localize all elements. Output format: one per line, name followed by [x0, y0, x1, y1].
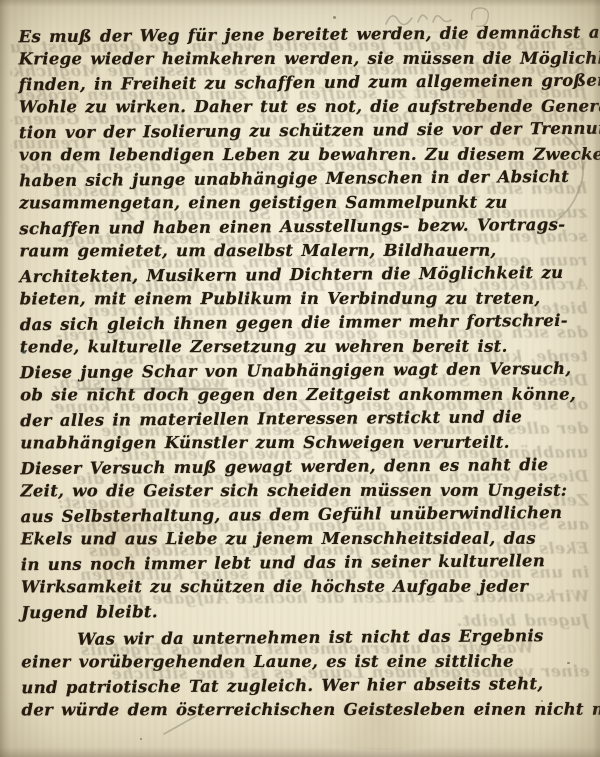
- manuscript-line: Diese junge Schar von Unabhängigen wagt …: [20, 357, 586, 385]
- manuscript-line: einer vorübergehenden Laune, es ist eine…: [21, 650, 587, 675]
- manuscript-line: der alles in materiellen Interessen erst…: [20, 405, 586, 433]
- manuscript-line: von dem lebendigen Leben zu bewahren. Zu…: [19, 143, 585, 168]
- manuscript-line: Was wir da unternehmen ist nicht das Erg…: [21, 624, 587, 652]
- manuscript-line: tion vor der Isolierung zu schützen und …: [19, 117, 585, 145]
- manuscript-line: Es muß der Weg für jene bereitet werden,…: [18, 21, 584, 49]
- manuscript-line: aus Selbsterhaltung, aus dem Gefühl unüb…: [21, 501, 587, 529]
- manuscript-line: raum gemietet, um daselbst Malern, Bildh…: [19, 239, 585, 264]
- manuscript-line: Ekels und aus Liebe zu jenem Menschheits…: [21, 527, 587, 552]
- manuscript-line: Dieser Versuch muß gewagt werden, denn e…: [20, 453, 586, 481]
- manuscript-line: ob sie nicht doch gegen den Zeitgeist an…: [20, 383, 586, 408]
- manuscript-line: finden, in Freiheit zu schaffen und zum …: [19, 69, 585, 97]
- paper-speck: [333, 16, 336, 19]
- paper-speck: [22, 350, 26, 354]
- paragraph-1: Es muß der Weg für jene bereitet werden,…: [18, 22, 587, 624]
- manuscript-text: Es muß der Weg für jene bereitet werden,…: [18, 22, 587, 723]
- manuscript-page: Es muß der Weg für jene bereitet werden,…: [0, 0, 600, 757]
- manuscript-line: tende, kulturelle Zersetzung zu wehren b…: [20, 335, 586, 360]
- paper-speck: [541, 700, 543, 702]
- paper-speck: [140, 738, 142, 740]
- manuscript-line: Zeit, wo die Geister sich scheiden müsse…: [21, 479, 587, 504]
- manuscript-line: schaffen und haben einen Ausstellungs- b…: [19, 213, 585, 241]
- manuscript-line: Wohle zu wirken. Daher tut es not, die a…: [19, 95, 585, 120]
- manuscript-line: das sich gleich ihnen gegen die immer me…: [20, 309, 586, 337]
- manuscript-line: Kriege wieder heimkehren werden, sie müs…: [19, 47, 585, 72]
- paper-speck: [567, 662, 570, 664]
- manuscript-line: und patriotische Tat zugleich. Wer hier …: [21, 672, 587, 700]
- manuscript-line: der würde dem österreichischen Geistesle…: [21, 698, 587, 723]
- paragraph-2: Was wir da unternehmen ist nicht das Erg…: [21, 625, 587, 723]
- manuscript-line: haben sich junge unabhängige Menschen in…: [19, 165, 585, 193]
- manuscript-line: unabhängigen Künstler zum Schweigen veru…: [20, 431, 586, 456]
- manuscript-line: zusammengetan, einen geistigen Sammelpun…: [19, 191, 585, 216]
- manuscript-line: Jugend bleibt.: [21, 597, 587, 625]
- manuscript-line: Architekten, Musikern und Dichtern die M…: [19, 261, 585, 289]
- manuscript-line: in uns noch immer lebt und das in seiner…: [21, 549, 587, 577]
- manuscript-line: bieten, mit einem Publikum in Verbindung…: [20, 287, 586, 312]
- manuscript-line: Wirksamkeit zu schützen die höchste Aufg…: [21, 575, 587, 600]
